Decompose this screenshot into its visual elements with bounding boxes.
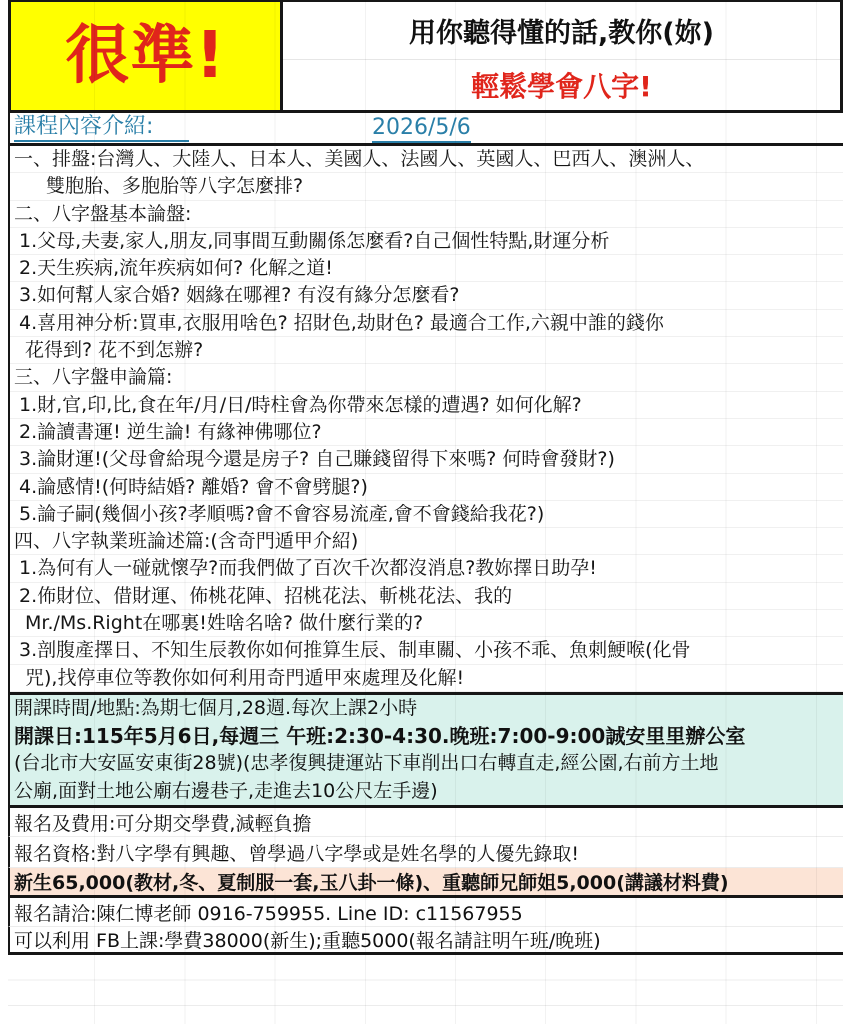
course-row: 二、八字盤基本論盤: [10, 201, 843, 228]
course-row: 2.論讀書運! 逆生論! 有緣神佛哪位? [10, 419, 843, 446]
schedule-row: 開課時間/地點:為期七個月,28週.每次上課2小時 [10, 695, 843, 723]
course-row: Mr./Ms.Right在哪裏!姓啥名啥? 做什麼行業的? [10, 610, 843, 637]
contact-row: 報名請洽:陳仁博老師 0916-759955. Line ID: c115679… [8, 898, 843, 927]
course-row: 1.為何有人一碰就懷孕?而我們做了百次千次都沒消息?教妳擇日助孕! [10, 555, 843, 582]
schedule-row-directions: 公廟,面對土地公廟右邊巷子,走進去10公尺左手邊) [10, 778, 843, 806]
course-row: 2.佈財位、借財運、佈桃花陣、招桃花法、斬桃花法、我的 [10, 583, 843, 610]
course-row: 5.論子嗣(幾個小孩?孝順嗎?會不會容易流產,會不會錢給我花?) [10, 501, 843, 528]
course-row: 1.財,官,印,比,食在年/月/日/時柱會為你帶來怎樣的遭遇? 如何化解? [10, 392, 843, 419]
course-row: 3.論財運!(父母會給現今還是房子? 自己賺錢留得下來嗎? 何時會發財?) [10, 446, 843, 473]
intro-row: 課程內容介紹: 2026/5/6 [8, 113, 843, 146]
signup-fee-row: 報名及費用:可分期交學費,減輕負擔 [8, 808, 843, 837]
course-content-list: 一、排盤:台灣人、大陸人、日本人、美國人、法國人、英國人、巴西人、澳洲人、 雙胞… [8, 146, 843, 692]
fb-class-row: 可以利用 FB上課:學費38000(新生);重聽5000(報名請註明午班/晚班) [8, 927, 843, 955]
course-row: 咒),找停車位等教你如何利用奇門遁甲來處理及化解! [10, 665, 843, 692]
course-row: 四、八字執業班論述篇:(含奇門遁甲介紹) [10, 528, 843, 555]
empty-grid-rows [8, 955, 843, 1018]
course-date: 2026/5/6 [372, 115, 471, 143]
header-right: 用你聽得懂的話,教你(妳) 輕鬆學會八字! [283, 2, 840, 110]
header: 很準! 用你聽得懂的話,教你(妳) 輕鬆學會八字! [8, 0, 843, 113]
page-subtitle: 輕鬆學會八字! [471, 65, 652, 105]
spreadsheet-flyer: 很準! 用你聽得懂的話,教你(妳) 輕鬆學會八字! 課程內容介紹: 2026/5… [8, 0, 843, 1024]
course-row: 一、排盤:台灣人、大陸人、日本人、美國人、法國人、英國人、巴西人、澳洲人、 [10, 146, 843, 173]
schedule-row-address: (台北市大安區安東街28號)(忠孝復興捷運站下車削出口右轉直走,經公園,右前方土… [10, 750, 843, 778]
schedule-row-start-date: 開課日:115年5月6日,每週三 午班:2:30-4:30.晚班:7:00-9:… [10, 723, 843, 751]
eligibility-row: 報名資格:對八字學有興趣、曾學過八字學或是姓名學的人優先錄取! [8, 837, 843, 868]
course-row: 4.喜用神分析:買車,衣服用啥色? 招財色,劫財色? 最適合工作,六親中誰的錢你 [10, 310, 843, 337]
schedule-section: 開課時間/地點:為期七個月,28週.每次上課2小時 開課日:115年5月6日,每… [8, 692, 843, 808]
course-row: 花得到? 花不到怎辦? [10, 337, 843, 364]
page-title: 用你聽得懂的話,教你(妳) [409, 11, 714, 50]
accuracy-badge-cell: 很準! [11, 2, 283, 110]
course-row: 4.論感情!(何時結婚? 離婚? 會不會劈腿?) [10, 474, 843, 501]
course-row: 雙胞胎、多胞胎等八字怎麼排? [10, 173, 843, 200]
tuition-row: 新生65,000(教材,冬、夏制服一套,玉八卦一條)、重聽師兄師姐5,000(講… [8, 868, 843, 898]
subtitle-row: 輕鬆學會八字! [283, 60, 840, 110]
course-row: 1.父母,夫妻,家人,朋友,同事間互動關係怎麼看?自己個性特點,財運分析 [10, 228, 843, 255]
course-row: 3.如何幫人家合婚? 姻緣在哪裡? 有沒有緣分怎麼看? [10, 282, 843, 309]
accuracy-badge-text: 很準! [65, 24, 225, 88]
course-intro-label: 課程內容介紹: [14, 114, 189, 142]
course-row: 3.剖腹產擇日、不知生辰教你如何推算生辰、制車關、小孩不乖、魚刺鯁喉(化骨 [10, 637, 843, 664]
course-row: 2.天生疾病,流年疾病如何? 化解之道! [10, 255, 843, 282]
title-row: 用你聽得懂的話,教你(妳) [283, 2, 840, 60]
course-row: 三、八字盤申論篇: [10, 364, 843, 391]
